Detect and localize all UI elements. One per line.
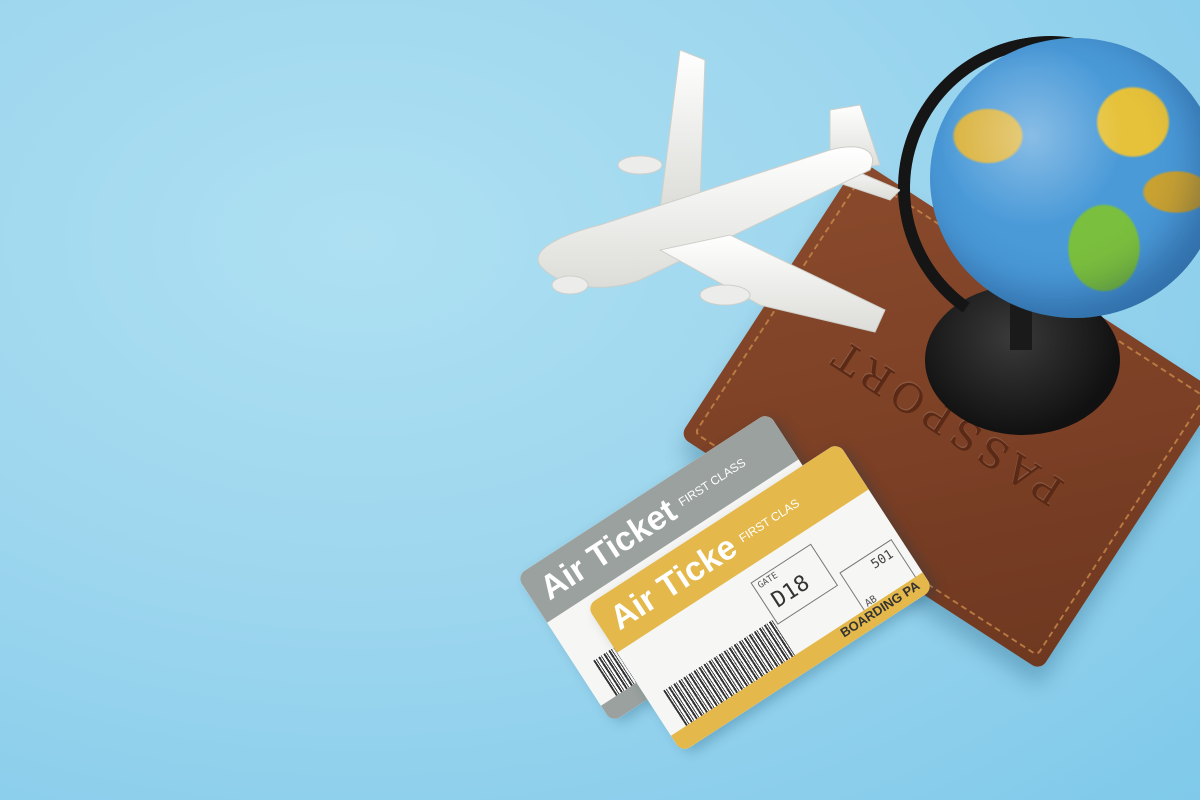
ticket-class: FIRST CLAS <box>737 497 802 545</box>
airplane-icon <box>530 50 900 340</box>
ticket-class: FIRST CLASS <box>676 456 747 508</box>
travel-scene: PASSPORT Air Ticket FIRST CLASS GATE BO … <box>0 0 1200 800</box>
globe-icon <box>930 38 1200 318</box>
seat-value: 501 <box>869 547 897 572</box>
